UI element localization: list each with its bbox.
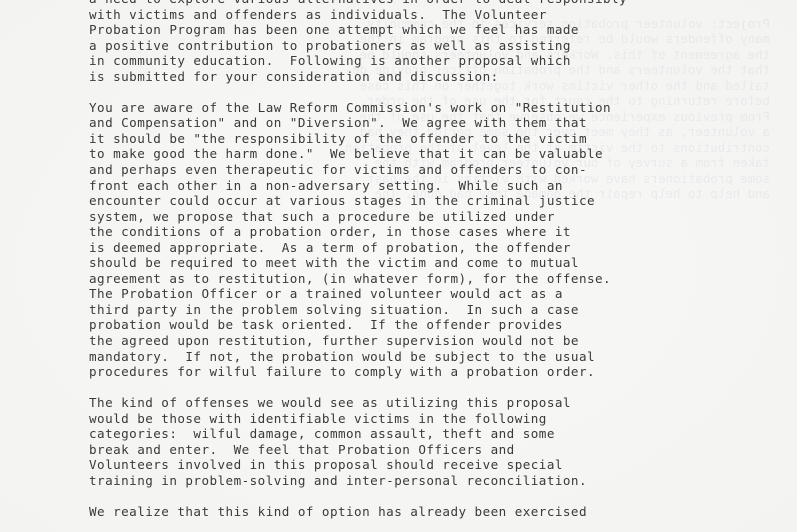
text-line: and Compensation" and on "Diversion". We… xyxy=(89,115,769,131)
text-line: You are aware of the Law Reform Commissi… xyxy=(89,100,769,116)
text-line: with victims and offenders as individual… xyxy=(89,7,769,23)
text-line: it should be "the responsibility of the … xyxy=(89,131,769,147)
text-line: The Probation Officer or a trained volun… xyxy=(89,286,769,302)
text-line: The kind of offenses we would see as uti… xyxy=(89,395,769,411)
text-line: the conditions of a probation order, in … xyxy=(89,224,769,240)
text-line: third party in the problem solving situa… xyxy=(89,302,769,318)
text-line: in community education. Following is ano… xyxy=(89,53,769,69)
scanned-page: Project: volunteer probation services in… xyxy=(0,0,797,532)
text-line: is deemed appropriate. As a term of prob… xyxy=(89,240,769,256)
text-line: procedures for wilful failure to comply … xyxy=(89,364,769,380)
text-line: encounter could occur at various stages … xyxy=(89,193,769,209)
text-line: Volunteers involved in this proposal sho… xyxy=(89,457,769,473)
paragraph: The kind of offenses we would see as uti… xyxy=(89,395,769,488)
text-line: system, we propose that such a procedure… xyxy=(89,209,769,225)
paragraph: a need to explore various alternatives i… xyxy=(89,0,769,84)
text-line: would be those with identifiable victims… xyxy=(89,411,769,427)
text-line: front each other in a non-adversary sett… xyxy=(89,178,769,194)
paragraph: We realize that this kind of option has … xyxy=(89,504,769,520)
text-line: and perhaps even therapeutic for victims… xyxy=(89,162,769,178)
text-line: categories: wilful damage, common assaul… xyxy=(89,426,769,442)
text-line: We realize that this kind of option has … xyxy=(89,504,769,520)
document-body: a need to explore various alternatives i… xyxy=(89,0,769,532)
text-line: should be required to meet with the vict… xyxy=(89,255,769,271)
text-line: break and enter. We feel that Probation … xyxy=(89,442,769,458)
text-line: mandatory. If not, the probation would b… xyxy=(89,349,769,365)
text-line: is submitted for your consideration and … xyxy=(89,69,769,85)
text-line: Probation Program has been one attempt w… xyxy=(89,22,769,38)
text-line: to make good the harm done." We believe … xyxy=(89,146,769,162)
text-line: agreement as to restitution, (in whateve… xyxy=(89,271,769,287)
text-line: the agreed upon restitution, further sup… xyxy=(89,333,769,349)
text-line: training in problem-solving and inter-pe… xyxy=(89,473,769,489)
text-line: a positive contribution to probationers … xyxy=(89,38,769,54)
paragraph: You are aware of the Law Reform Commissi… xyxy=(89,100,769,380)
text-line: probation would be task oriented. If the… xyxy=(89,317,769,333)
